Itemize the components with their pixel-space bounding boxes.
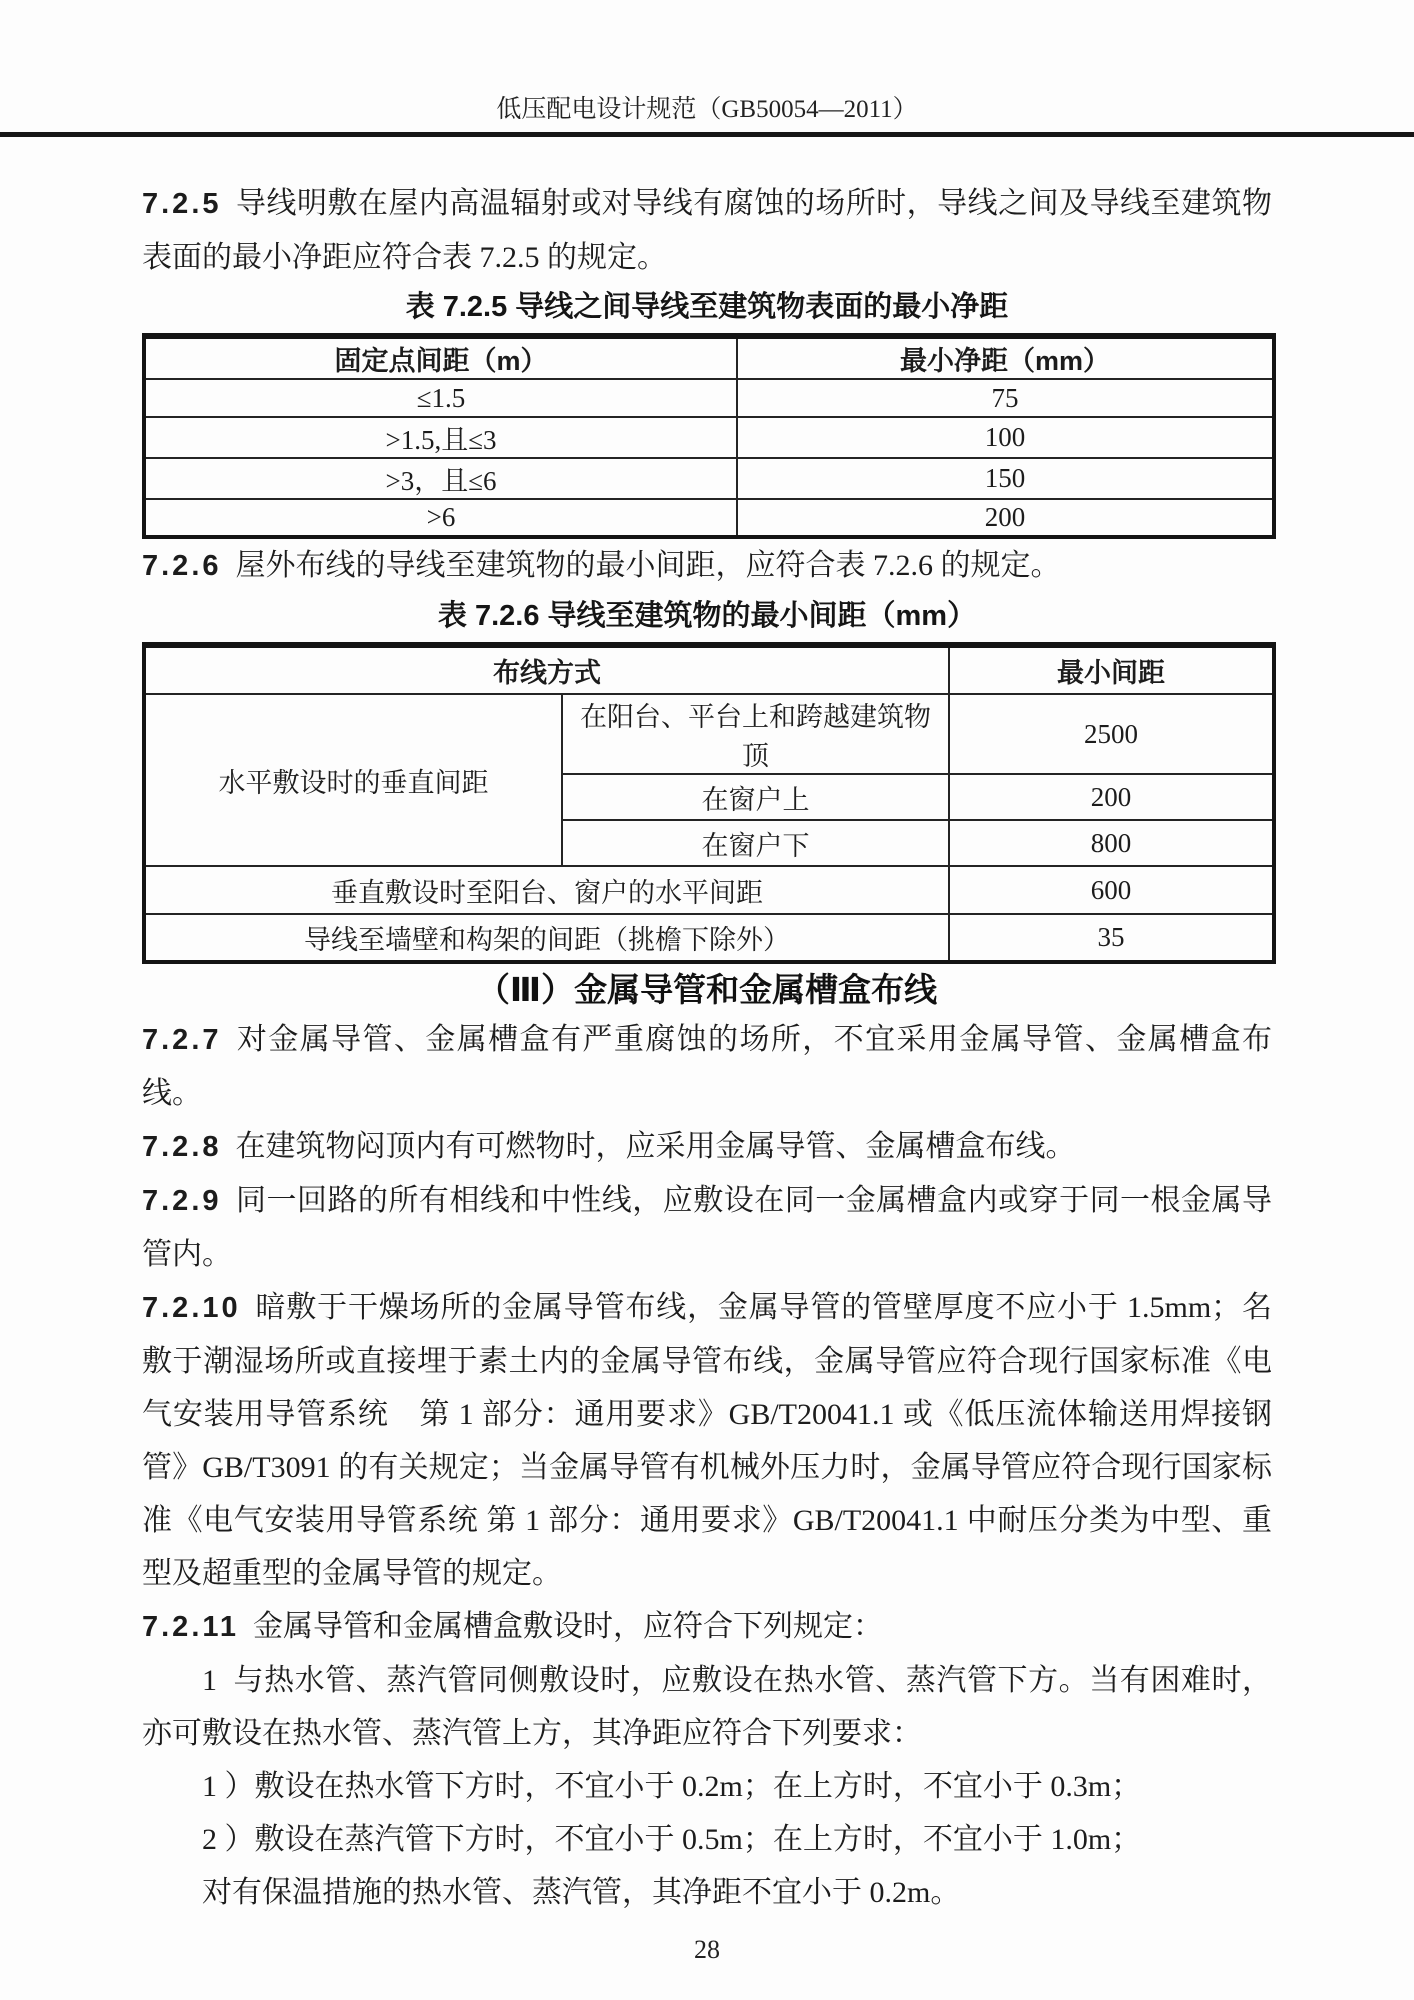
table-header-row: 布线方式 最小间距 bbox=[144, 645, 1274, 694]
header-rule bbox=[0, 132, 1414, 137]
clause-7-2-8: 7.2.8在建筑物闷顶内有可燃物时，应采用金属导管、金属槽盒布线。 bbox=[142, 1120, 1272, 1174]
table-7-2-5-caption: 表 7.2.5 导线之间导线至建筑物表面的最小净距 bbox=[142, 286, 1272, 328]
cell-spacing: >3，且≤6 bbox=[144, 458, 737, 499]
clause-7-2-7: 7.2.7对金属导管、金属槽盒有严重腐蚀的场所，不宜采用金属导管、金属槽盒布线。 bbox=[142, 1013, 1272, 1120]
section-heading-iii: （Ⅲ）金属导管和金属槽盒布线 bbox=[142, 967, 1272, 1013]
page-number: 28 bbox=[142, 1935, 1272, 1965]
clause-text: 对金属导管、金属槽盒有严重腐蚀的场所，不宜采用金属导管、金属槽盒布线。 bbox=[142, 1023, 1272, 1110]
cell-group-label: 水平敷设时的垂直间距 bbox=[144, 694, 562, 866]
table-row: >6 200 bbox=[144, 499, 1274, 537]
table-row: >1.5,且≤3 100 bbox=[144, 417, 1274, 458]
page-body: 7.2.5导线明敷在屋内高温辐射或对导线有腐蚀的场所时，导线之间及导线至建筑物表… bbox=[0, 177, 1414, 1965]
column-header-min-clearance: 最小净距（mm） bbox=[737, 336, 1274, 379]
item-number: 1 bbox=[202, 1664, 217, 1697]
table-7-2-6: 布线方式 最小间距 水平敷设时的垂直间距 在阳台、平台上和跨越建筑物顶 2500… bbox=[142, 642, 1276, 964]
cell-condition: 在窗户下 bbox=[562, 820, 949, 866]
clause-text: 导线明敷在屋内高温辐射或对导线有腐蚀的场所时，导线之间及导线至建筑物表面的最小净… bbox=[142, 187, 1272, 274]
cell-clearance: 75 bbox=[737, 379, 1274, 417]
clause-number: 7.2.10 bbox=[142, 1292, 241, 1324]
clause-text: 同一回路的所有相线和中性线，应敷设在同一金属槽盒内或穿于同一根金属导管内。 bbox=[142, 1184, 1272, 1271]
list-closing-note: 对有保温措施的热水管、蒸汽管，其净距不宜小于 0.2m。 bbox=[142, 1866, 1272, 1919]
document-page: 低压配电设计规范（GB50054—2011） 7.2.5导线明敷在屋内高温辐射或… bbox=[0, 0, 1414, 2000]
column-header-fixing-span: 固定点间距（m） bbox=[144, 336, 737, 379]
clause-text: 暗敷于干燥场所的金属导管布线，金属导管的管壁厚度不应小于 1.5mm；名敷于潮湿… bbox=[142, 1291, 1272, 1590]
cell-condition: 垂直敷设时至阳台、窗户的水平间距 bbox=[144, 866, 949, 914]
table-row: ≤1.5 75 bbox=[144, 379, 1274, 417]
table-7-2-5: 固定点间距（m） 最小净距（mm） ≤1.5 75 >1.5,且≤3 100 >… bbox=[142, 333, 1276, 539]
clause-7-2-11: 7.2.11金属导管和金属槽盒敷设时，应符合下列规定： bbox=[142, 1600, 1272, 1654]
clause-7-2-9: 7.2.9同一回路的所有相线和中性线，应敷设在同一金属槽盒内或穿于同一根金属导管… bbox=[142, 1174, 1272, 1281]
cell-condition: 在窗户上 bbox=[562, 774, 949, 820]
cell-spacing: ≤1.5 bbox=[144, 379, 737, 417]
cell-spacing: >1.5,且≤3 bbox=[144, 417, 737, 458]
table-row: 导线至墙壁和构架的间距（挑檐下除外） 35 bbox=[144, 914, 1274, 962]
item-text: 与热水管、蒸汽管同侧敷设时，应敷设在热水管、蒸汽管下方。当有困难时，亦可敷设在热… bbox=[142, 1664, 1272, 1750]
table-7-2-6-caption: 表 7.2.6 导线至建筑物的最小间距（mm） bbox=[142, 595, 1272, 637]
clause-number: 7.2.8 bbox=[142, 1131, 222, 1163]
column-header-wiring-method: 布线方式 bbox=[144, 645, 949, 694]
cell-condition: 导线至墙壁和构架的间距（挑檐下除外） bbox=[144, 914, 949, 962]
cell-value: 800 bbox=[949, 820, 1274, 866]
running-header: 低压配电设计规范（GB50054—2011） bbox=[0, 0, 1414, 137]
clause-7-2-6: 7.2.6屋外布线的导线至建筑物的最小间距，应符合表 7.2.6 的规定。 bbox=[142, 539, 1272, 593]
cell-clearance: 100 bbox=[737, 417, 1274, 458]
clause-text: 屋外布线的导线至建筑物的最小间距，应符合表 7.2.6 的规定。 bbox=[236, 549, 1061, 582]
cell-clearance: 200 bbox=[737, 499, 1274, 537]
clause-7-2-5: 7.2.5导线明敷在屋内高温辐射或对导线有腐蚀的场所时，导线之间及导线至建筑物表… bbox=[142, 177, 1272, 284]
cell-condition: 在阳台、平台上和跨越建筑物顶 bbox=[562, 694, 949, 774]
list-subitem-1: 1 ）敷设在热水管下方时，不宜小于 0.2m；在上方时，不宜小于 0.3m； bbox=[142, 1760, 1272, 1813]
clause-number: 7.2.7 bbox=[142, 1024, 222, 1056]
cell-value: 2500 bbox=[949, 694, 1274, 774]
table-row: >3，且≤6 150 bbox=[144, 458, 1274, 499]
clause-number: 7.2.5 bbox=[142, 188, 222, 220]
cell-spacing: >6 bbox=[144, 499, 737, 537]
cell-clearance: 150 bbox=[737, 458, 1274, 499]
clause-7-2-10: 7.2.10暗敷于干燥场所的金属导管布线，金属导管的管壁厚度不应小于 1.5mm… bbox=[142, 1281, 1272, 1600]
clause-text: 金属导管和金属槽盒敷设时，应符合下列规定： bbox=[253, 1610, 883, 1643]
list-subitem-2: 2 ）敷设在蒸汽管下方时，不宜小于 0.5m；在上方时，不宜小于 1.0m； bbox=[142, 1813, 1272, 1866]
list-item-1: 1与热水管、蒸汽管同侧敷设时，应敷设在热水管、蒸汽管下方。当有困难时，亦可敷设在… bbox=[142, 1654, 1272, 1760]
table-header-row: 固定点间距（m） 最小净距（mm） bbox=[144, 336, 1274, 379]
clause-number: 7.2.6 bbox=[142, 550, 222, 582]
column-header-min-distance: 最小间距 bbox=[949, 645, 1274, 694]
document-title: 低压配电设计规范（GB50054—2011） bbox=[0, 96, 1414, 124]
table-row: 垂直敷设时至阳台、窗户的水平间距 600 bbox=[144, 866, 1274, 914]
clause-text: 在建筑物闷顶内有可燃物时，应采用金属导管、金属槽盒布线。 bbox=[236, 1130, 1076, 1163]
clause-number: 7.2.11 bbox=[142, 1611, 239, 1643]
cell-value: 35 bbox=[949, 914, 1274, 962]
cell-value: 200 bbox=[949, 774, 1274, 820]
clause-number: 7.2.9 bbox=[142, 1185, 222, 1217]
cell-value: 600 bbox=[949, 866, 1274, 914]
table-row: 水平敷设时的垂直间距 在阳台、平台上和跨越建筑物顶 2500 bbox=[144, 694, 1274, 774]
